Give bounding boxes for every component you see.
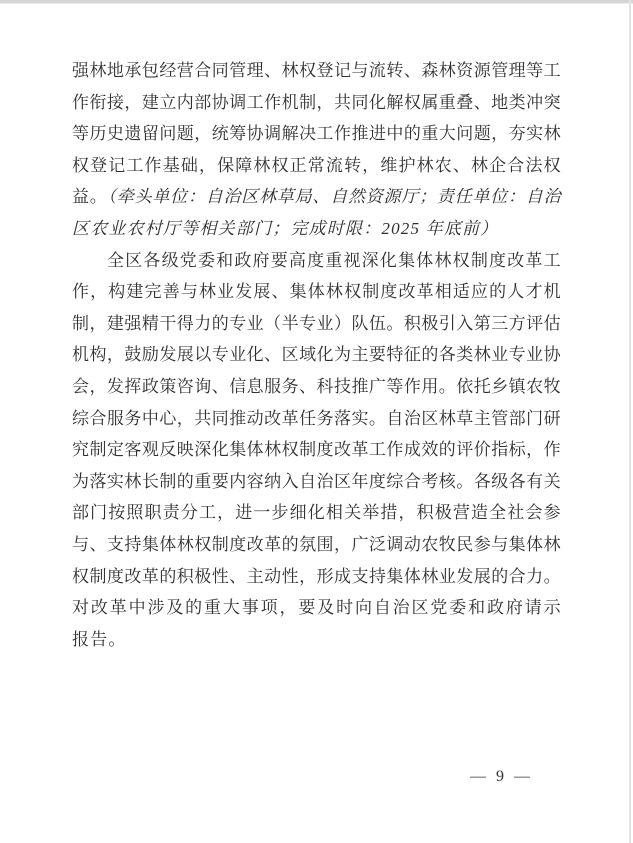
text-line: 机构，鼓励发展以专业化、区域化为主要特征的各类林业专业协 [72, 339, 561, 371]
text-line: 强林地承包经营合同管理、林权登记与流转、森林资源管理等工 [72, 55, 561, 87]
document-page: 强林地承包经营合同管理、林权登记与流转、森林资源管理等工作衔接，建立内部协调工作… [0, 0, 633, 843]
body-text: 会，发挥政策咨询、信息服务、科技推广等作用。依托乡镇农牧 [72, 377, 561, 396]
text-line: 综合服务中心，共同推动改革任务落实。自治区林草主管部门研 [72, 403, 561, 435]
body-text: 综合服务中心，共同推动改革任务落实。自治区林草主管部门研 [72, 409, 561, 428]
body-text: 益。 [72, 187, 108, 206]
text-line: 区农业农村厅等相关部门；完成时限：2025 年底前） [72, 213, 561, 245]
page-number: — 9 — [470, 768, 533, 785]
text-line: 会，发挥政策咨询、信息服务、科技推广等作用。依托乡镇农牧 [72, 371, 561, 403]
body-text: 为落实林长制的重要内容纳入自治区年度综合考核。各级各有关 [72, 472, 561, 491]
text-line: 全区各级党委和政府要高度重视深化集体林权制度改革工 [72, 245, 561, 277]
body-text: 权登记工作基础，保障林权正常流转，维护林农、林企合法权 [72, 156, 561, 175]
text-line: 作衔接，建立内部协调工作机制，共同化解权属重叠、地类冲突 [72, 87, 561, 119]
body-text: 报告。 [72, 630, 127, 649]
text-line: 为落实林长制的重要内容纳入自治区年度综合考核。各级各有关 [72, 466, 561, 498]
text-line: 对改革中涉及的重大事项，要及时向自治区党委和政府请示 [72, 592, 561, 624]
page-footer: — 9 — [442, 750, 533, 804]
text-line: 制，建强精干得力的专业（半专业）队伍。积极引入第三方评估 [72, 308, 561, 340]
text-line: 益。（牵头单位：自治区林草局、自然资源厅；责任单位：自治 [72, 181, 561, 213]
body-text: 作衔接，建立内部协调工作机制，共同化解权属重叠、地类冲突 [72, 93, 561, 112]
body-text: 与、支持集体林权制度改革的氛围，广泛调动农牧民参与集体林 [72, 535, 561, 554]
text-line: 作，构建完善与林业发展、集体林权制度改革相适应的人才机 [72, 276, 561, 308]
text-line: 究制定客观反映深化集体林权制度改革工作成效的评价指标，作 [72, 434, 561, 466]
document-body: 强林地承包经营合同管理、林权登记与流转、森林资源管理等工作衔接，建立内部协调工作… [72, 55, 561, 655]
body-text: 制，建强精干得力的专业（半专业）队伍。积极引入第三方评估 [72, 314, 561, 333]
body-text: 对改革中涉及的重大事项，要及时向自治区党委和政府请示 [72, 598, 561, 617]
body-text: 强林地承包经营合同管理、林权登记与流转、森林资源管理等工 [72, 61, 561, 80]
body-text: 部门按照职责分工，进一步细化相关举措，积极营造全社会参 [72, 503, 561, 522]
text-line: 与、支持集体林权制度改革的氛围，广泛调动农牧民参与集体林 [72, 529, 561, 561]
body-text: 作，构建完善与林业发展、集体林权制度改革相适应的人才机 [72, 282, 561, 301]
responsible-unit-annotation: （牵头单位：自治区林草局、自然资源厅；责任单位：自治 [108, 187, 561, 206]
body-text: 全区各级党委和政府要高度重视深化集体林权制度改革工 [107, 251, 561, 270]
body-text: 权制度改革的积极性、主动性，形成支持集体林业发展的合力。 [72, 567, 561, 586]
responsible-unit-annotation: 区农业农村厅等相关部门；完成时限：2025 年底前） [72, 219, 498, 238]
body-text: 究制定客观反映深化集体林权制度改革工作成效的评价指标，作 [72, 440, 561, 459]
text-line: 权登记工作基础，保障林权正常流转，维护林农、林企合法权 [72, 150, 561, 182]
body-text: 等历史遗留问题，统筹协调解决工作推进中的重大问题，夯实林 [72, 124, 561, 143]
text-line: 等历史遗留问题，统筹协调解决工作推进中的重大问题，夯实林 [72, 118, 561, 150]
text-line: 权制度改革的积极性、主动性，形成支持集体林业发展的合力。 [72, 561, 561, 593]
body-text: 机构，鼓励发展以专业化、区域化为主要特征的各类林业专业协 [72, 345, 561, 364]
scan-edge-top [0, 0, 633, 4]
scan-edge-right [629, 0, 631, 843]
text-line: 部门按照职责分工，进一步细化相关举措，积极营造全社会参 [72, 497, 561, 529]
text-line: 报告。 [72, 624, 561, 656]
